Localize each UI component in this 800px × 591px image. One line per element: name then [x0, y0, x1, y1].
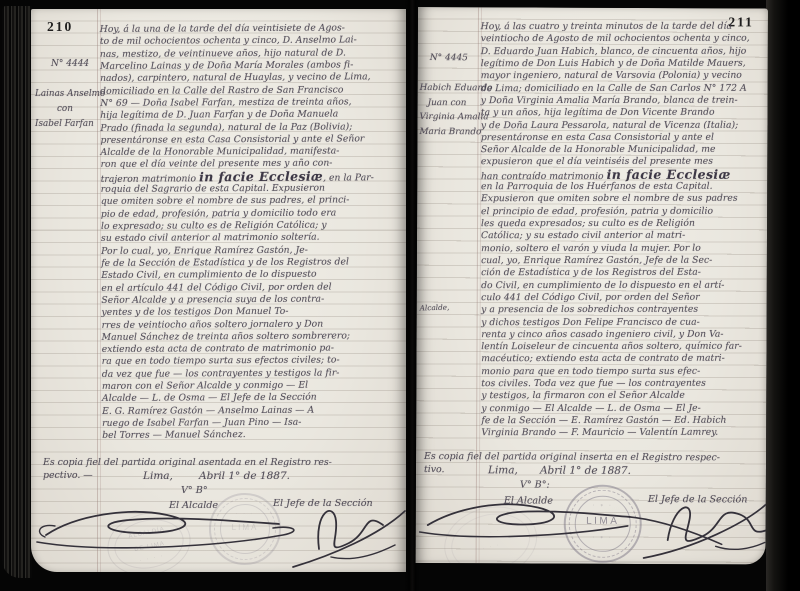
right-page: 211 N° 4445 Habich EduardoJuan conVirgin… [416, 7, 768, 565]
alcalde-signature [420, 504, 722, 544]
handwritten-line: renta y cinco años casado ingeniero civi… [481, 328, 765, 341]
alcalde-and-jefe-signatures-right [416, 485, 766, 565]
handwritten-line: Señor Alcalde de la Honorable Municipali… [481, 144, 765, 157]
handwritten-line: mayor ingeniero, natural de Varsovia (Po… [481, 70, 765, 83]
handwritten-line: y a presencia de los sobredichos contray… [481, 304, 765, 317]
record-number-right: N° 4445 [430, 53, 468, 63]
handwritten-line: les queda expresados; su culto es de Rel… [481, 218, 765, 231]
handwritten-line: culo 441 del Código Civil, por orden del… [481, 292, 765, 305]
handwritten-line: en la Parroquia de los Huérfanos de esta… [481, 181, 765, 194]
handwritten-line: ción de Estadística y de los Registros d… [481, 267, 765, 280]
handwritten-line: y testigos, la firmaron con el Señor Alc… [481, 390, 765, 403]
jefe-signature [293, 511, 405, 567]
handwritten-line: el principio de edad, profesión, patria … [481, 205, 765, 218]
handwritten-line: y Doña Virginia Amalia María Brando, bla… [481, 95, 765, 108]
handwritten-line: y de Doña Laura Pessarola, natural de Vi… [481, 119, 765, 132]
handwritten-line: D. Eduardo Juan Habich, blanco, de cincu… [481, 45, 765, 58]
page-number-left: 210 [47, 19, 73, 35]
latin-phrase-emphasis: in facie Ecclesiæ [199, 168, 323, 184]
handwritten-line: ta y un años, hija legítima de Don Vicen… [481, 107, 765, 120]
margin-insert-word: Alcalde, [420, 303, 450, 313]
handwritten-line: monio, soltero el varón y viuda la mujer… [481, 242, 765, 255]
jefe-signature [644, 504, 766, 559]
act-body-text-right: Hoy, á las cuatro y treinta minutos de l… [481, 21, 766, 440]
handwritten-line: presentáronse en esta Casa Consistorial … [481, 131, 765, 144]
handwritten-line: monio para que en todo tiempo surta sus … [481, 365, 765, 378]
handwritten-line: trajeron matrimonio in facie Ecclesiæ, e… [101, 170, 403, 184]
handwritten-line: de Lima; domiciliado en la Calle de San … [481, 82, 765, 95]
handwritten-line: han contraído matrimonio in facie Eccles… [481, 168, 765, 181]
right-page-stack-edge [766, 0, 800, 591]
handwritten-line: Católica; y su estado civil anterior al … [481, 230, 765, 243]
handwritten-line: nados), carpintero, natural de Huaylas, … [100, 71, 402, 85]
handwritten-line: y dichos testigos Don Felipe Francisco d… [481, 316, 765, 329]
certification-line1-left: Es copia fiel del partida original asent… [43, 457, 332, 468]
handwritten-line: legítimo de Don Luis Habich y de Doña Ma… [481, 58, 765, 71]
handwritten-line: lentín Loiseleur de cincuenta años solte… [481, 341, 765, 354]
alcalde-signature [37, 512, 294, 548]
record-number-left: N° 4444 [51, 59, 89, 69]
place-right: Lima, [488, 464, 518, 476]
handwritten-line: fe de la Sección — E. Ramírez Gastón — E… [481, 415, 765, 428]
handwritten-line: tos civiles. Toda vez que fue — los cont… [481, 378, 765, 391]
certification-line2-right: tivo. [424, 464, 445, 475]
handwritten-line: cual, yo, Enrique Ramírez Gastón, Jefe d… [481, 255, 765, 268]
latin-phrase-emphasis: in facie Ecclesiæ [607, 166, 731, 181]
place-left: Lima, [143, 470, 173, 482]
handwritten-line: to de mil ochocientos ochenta y cinco, D… [100, 34, 402, 48]
book-spine-page-edges [2, 6, 32, 578]
handwritten-line: Virginia Brando — F. Mauricio — Valentín… [481, 427, 765, 440]
date-right: Abril 1° de 1887. [540, 465, 631, 477]
handwritten-line: do Civil, en cumplimiento de lo dispuest… [481, 279, 765, 292]
handwritten-line: veintiocho de Agosto de mil ochocientos … [481, 33, 765, 46]
handwritten-line: macéutico; extiendo esta acta de contrat… [481, 353, 765, 366]
act-body-text-left: Hoy, á la una de la tarde del día veinti… [100, 22, 405, 442]
date-left: Abril 1° de 1887. [199, 470, 290, 482]
handwritten-line: bel Torres — Manuel Sánchez. [102, 428, 404, 442]
handwritten-line: y conmigo — El Alcalde — L. de Osma — El… [481, 402, 765, 415]
handwritten-line: Expusieron que omiten sobre el nombre de… [481, 193, 765, 206]
certification-line2-left: pectivo. — [43, 470, 93, 481]
left-page: 210 N° 4444 Lainas AnselmoconIsabel Farf… [31, 9, 406, 572]
certification-line1-right: Es copia fiel del partida original inser… [424, 451, 720, 463]
register-book-scan: 210 N° 4444 Lainas AnselmoconIsabel Farf… [0, 0, 800, 591]
alcalde-and-jefe-signatures-left [31, 495, 406, 571]
handwritten-line: presentáronse en esta Casa Consistorial … [100, 133, 402, 147]
handwritten-line: Hoy, á las cuatro y treinta minutos de l… [481, 21, 765, 34]
